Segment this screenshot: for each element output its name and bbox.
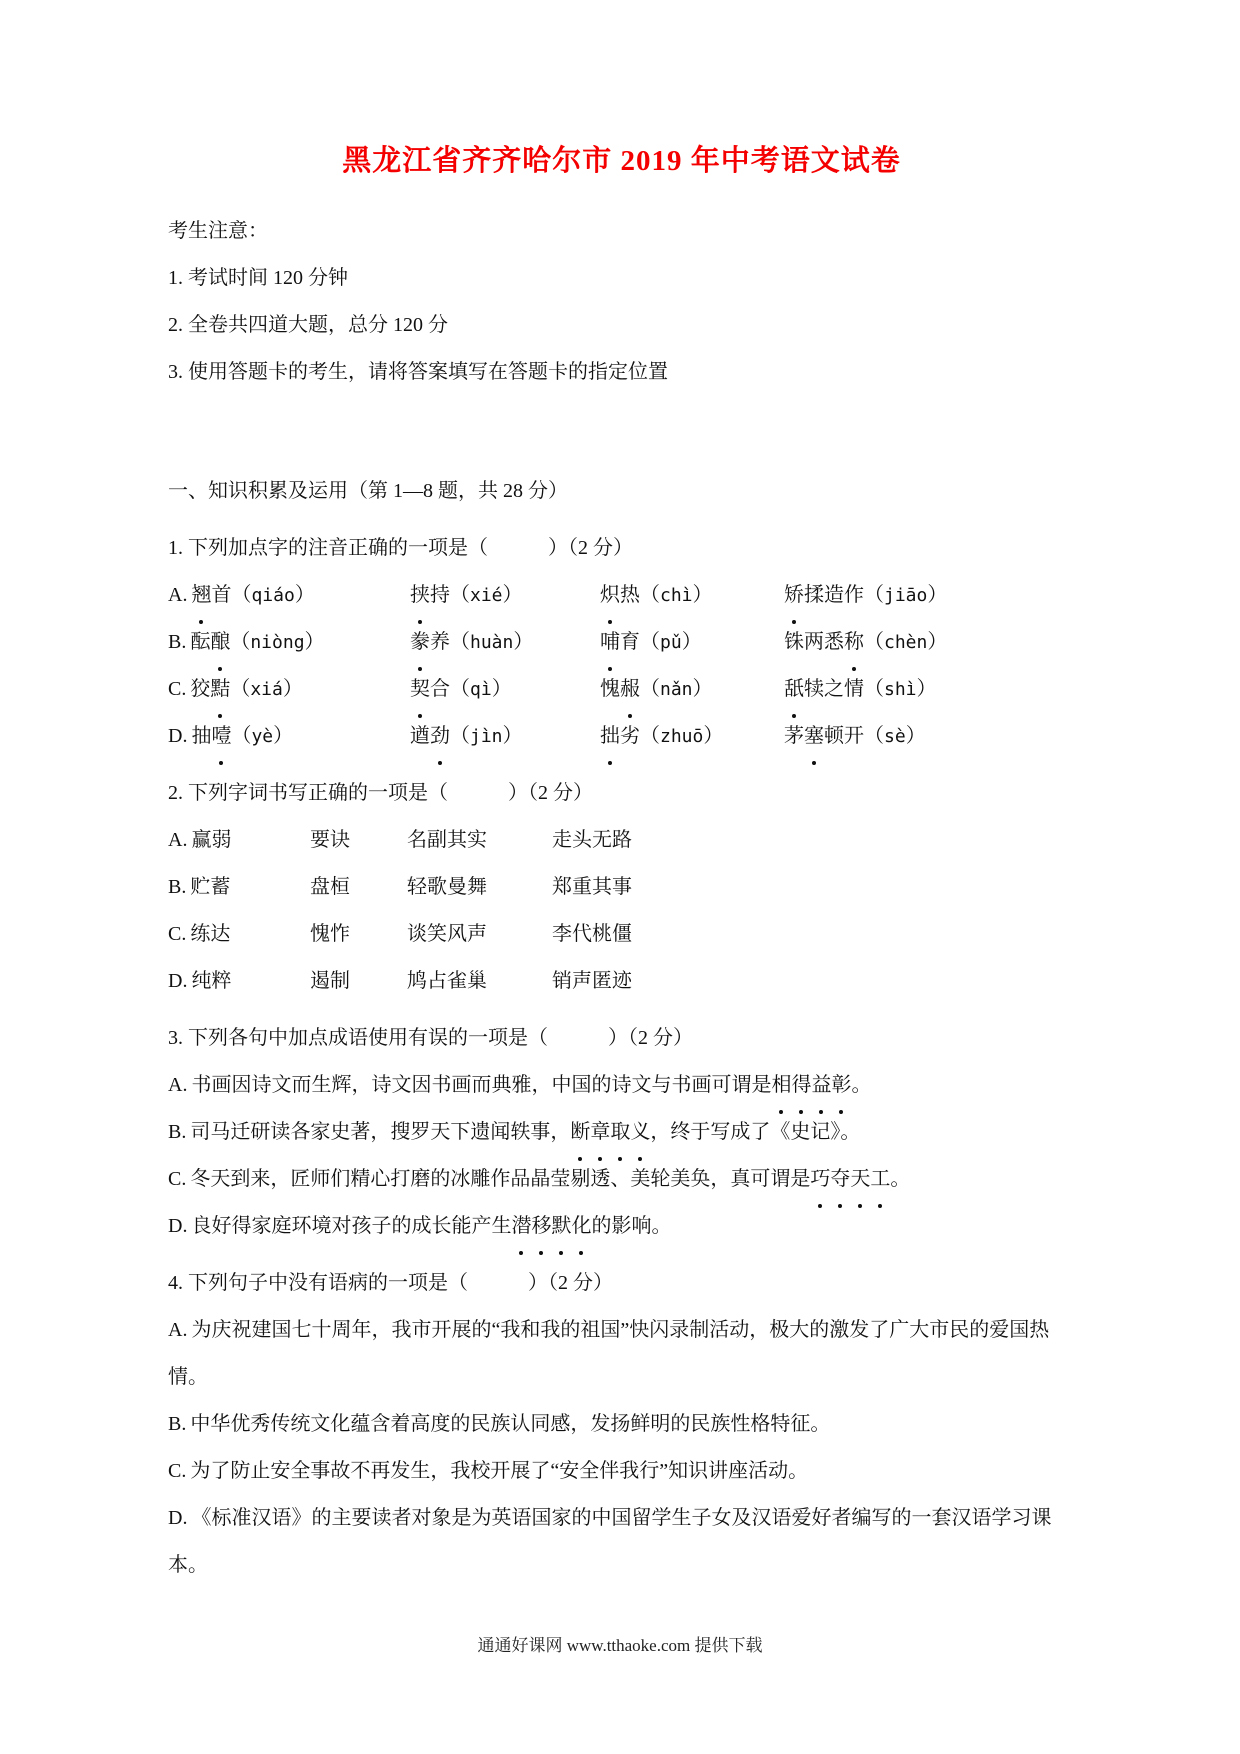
question-stem: 4. 下列句子中没有语病的一项是（ ）（2 分） (168, 1260, 1075, 1307)
text-segment: 育（ (620, 631, 660, 653)
section-gap (168, 396, 1075, 468)
text-segment: ） (503, 725, 523, 747)
option-cell: 舐犊之情（shì） (784, 666, 1075, 713)
dotted-char: 噎 (211, 713, 231, 760)
dotted-char: 夺 (830, 1156, 850, 1203)
exam-page: 黑龙江省齐齐哈尔市 2019 年中考语文试卷 考生注意： 1. 考试时间 120… (0, 0, 1240, 1754)
text-segment: ） (693, 678, 713, 700)
option-label: D. (168, 725, 187, 747)
option-cell: A.赢弱 (168, 817, 310, 864)
dotted-char: 益 (811, 1062, 831, 1109)
text-segment: 遏制 (310, 970, 350, 992)
pinyin-text: xié (470, 585, 503, 606)
text-segment: 茅 (784, 725, 804, 747)
dotted-char: 得 (791, 1062, 811, 1109)
text-segment: 李代桃僵 (552, 923, 632, 945)
option-row: B.贮蓄盘桓轻歌曼舞郑重其事 (168, 864, 1075, 911)
option-label: C. (168, 1168, 186, 1190)
text-segment: 谈笑风声 (407, 923, 487, 945)
question-block: 3. 下列各句中加点成语使用有误的一项是（ ）（2 分）A.书画因诗文而生辉，诗… (168, 1015, 1075, 1250)
dotted-char: 炽 (600, 572, 620, 619)
question-stem: 2. 下列字词书写正确的一项是（ ）（2 分） (168, 770, 1075, 817)
option-label: A. (168, 829, 187, 851)
text-segment: 首（ (211, 584, 251, 606)
text-segment: 郑重其事 (552, 876, 632, 898)
option-row: B.中华优秀传统文化蕴含着高度的民族认同感，发扬鲜明的民族性格特征。 (168, 1401, 1075, 1448)
option-cell: 拙劣（zhuō） (600, 713, 784, 760)
page-title: 黑龙江省齐齐哈尔市 2019 年中考语文试卷 (168, 140, 1075, 182)
dotted-char: 舐 (784, 666, 804, 713)
option-cell: 郑重其事 (552, 864, 1075, 911)
option-label: A. (168, 1319, 187, 1341)
option-cell: 李代桃僵 (552, 911, 1075, 958)
notice-item: 1. 考试时间 120 分钟 (168, 255, 1075, 302)
option-row: A.书画因诗文而生辉，诗文因书画而典雅，中国的诗文与书画可谓是相得益彰。 (168, 1062, 1075, 1109)
option-cell: 走头无路 (552, 817, 1075, 864)
dotted-char: 酿 (210, 619, 230, 666)
option-cell: A.翘首（qiáo） (168, 572, 410, 619)
pinyin-text: qì (470, 679, 492, 700)
pinyin-text: zhuō (660, 726, 703, 747)
question-stem: 1. 下列加点字的注音正确的一项是（ ）（2 分） (168, 525, 1075, 572)
text-segment: 合（ (430, 678, 470, 700)
pinyin-text: jiāo (884, 585, 927, 606)
option-row: A.翘首（qiáo）挟持（xié）炽热（chì）矫揉造作（jiāo） (168, 572, 1075, 619)
option-cell: D.纯粹 (168, 958, 310, 1005)
dotted-char: 挟 (410, 572, 430, 619)
text-segment: 愧 (600, 678, 620, 700)
pinyin-text: niòng (250, 632, 304, 653)
text-segment: ） (917, 678, 937, 700)
notice-item: 2. 全卷共四道大题，总分 120 分 (168, 302, 1075, 349)
option-cell: 遏制 (310, 958, 407, 1005)
option-cell: 挟持（xié） (410, 572, 600, 619)
dotted-char: 义 (630, 1109, 650, 1156)
option-label: D. (168, 1507, 187, 1529)
page-footer: 通通好课网 www.tthaoke.com 提供下载 (0, 1634, 1240, 1658)
text-segment: 纯粹 (191, 970, 231, 992)
text-segment: （ (640, 678, 660, 700)
dotted-char: 工 (870, 1156, 890, 1203)
question-block: 2. 下列字词书写正确的一项是（ ）（2 分）A.赢弱要诀名副其实走头无路B.贮… (168, 770, 1075, 1005)
dotted-char: 赧 (620, 666, 640, 713)
dotted-char: 巧 (810, 1156, 830, 1203)
option-row: C.狡黠（xiá）契合（qì）愧赧（nǎn）舐犊之情（shì） (168, 666, 1075, 713)
text-segment: ） (273, 725, 293, 747)
text-segment: 《标准汉语》的主要读者对象是为英语国家的中国留学生子女及汉语爱好者编写的一套汉语… (168, 1507, 1051, 1576)
text-segment: 为庆祝建国七十周年，我市开展的“我和我的祖国”快闪录制活动，极大的激发了广大市民… (168, 1319, 1049, 1388)
option-cell: 铢两悉称（chèn） (784, 619, 1075, 666)
dotted-char: 取 (610, 1109, 630, 1156)
dotted-char: 移 (531, 1203, 551, 1250)
option-label: B. (168, 1121, 186, 1143)
text-segment: 的影响。 (591, 1215, 671, 1237)
pinyin-text: xiá (250, 679, 283, 700)
text-segment: 冬天到来，匠师们精心打磨的冰雕作品晶莹剔透、美轮美奂，真可谓是 (190, 1168, 810, 1190)
notice-list: 1. 考试时间 120 分钟2. 全卷共四道大题，总分 120 分3. 使用答题… (168, 255, 1075, 396)
text-segment: （ (450, 725, 470, 747)
option-row: D.纯粹遏制鸠占雀巢销声匿迹 (168, 958, 1075, 1005)
dotted-char: 黠 (210, 666, 230, 713)
option-row: C.冬天到来，匠师们精心打磨的冰雕作品晶莹剔透、美轮美奂，真可谓是巧夺天工。 (168, 1156, 1075, 1203)
option-label: A. (168, 1074, 187, 1096)
option-label: B. (168, 1413, 186, 1435)
questions: 1. 下列加点字的注音正确的一项是（ ）（2 分）A.翘首（qiáo）挟持（xi… (168, 525, 1075, 1589)
text-segment: 书画因诗文而生辉，诗文因书画而典雅，中国的诗文与书画可谓是 (191, 1074, 771, 1096)
dotted-char: 默 (551, 1203, 571, 1250)
option-cell: 愧怍 (310, 911, 407, 958)
option-label: A. (168, 584, 187, 606)
option-cell: 豢养（huàn） (410, 619, 600, 666)
text-segment: 轻歌曼舞 (407, 876, 487, 898)
text-segment: ） (283, 678, 303, 700)
option-cell: C.狡黠（xiá） (168, 666, 410, 713)
option-cell: 谈笑风声 (407, 911, 552, 958)
dotted-char: 天 (850, 1156, 870, 1203)
text-segment: ） (682, 631, 702, 653)
option-cell: 契合（qì） (410, 666, 600, 713)
text-segment: 酝 (190, 631, 210, 653)
question-block: 1. 下列加点字的注音正确的一项是（ ）（2 分）A.翘首（qiáo）挟持（xi… (168, 525, 1075, 760)
option-cell: C.练达 (168, 911, 310, 958)
option-row: B.酝酿（niòng）豢养（huàn）哺育（pǔ）铢两悉称（chèn） (168, 619, 1075, 666)
text-segment: 良好得家庭环境对孩子的成长能产生 (191, 1215, 511, 1237)
dotted-char: 拙 (600, 713, 620, 760)
pinyin-text: qiáo (251, 585, 294, 606)
text-segment: 顿开（ (824, 725, 884, 747)
option-cell: 名副其实 (407, 817, 552, 864)
text-segment: 狡 (190, 678, 210, 700)
text-segment: ） (703, 725, 723, 747)
notice-item: 3. 使用答题卡的考生，请将答案填写在答题卡的指定位置 (168, 349, 1075, 396)
pinyin-text: pǔ (660, 632, 682, 653)
text-segment: ） (305, 631, 325, 653)
dotted-char: 断 (570, 1109, 590, 1156)
text-segment: 。 (890, 1168, 910, 1190)
option-label: C. (168, 923, 186, 945)
option-label: D. (168, 970, 187, 992)
option-row: D.良好得家庭环境对孩子的成长能产生潜移默化的影响。 (168, 1203, 1075, 1250)
question-stem: 3. 下列各句中加点成语使用有误的一项是（ ）（2 分） (168, 1015, 1075, 1062)
option-row: A.赢弱要诀名副其实走头无路 (168, 817, 1075, 864)
dotted-char: 彰 (831, 1062, 851, 1109)
text-segment: 劣（ (620, 725, 660, 747)
notice-heading: 考生注意： (168, 208, 1075, 255)
option-row: A.为庆祝建国七十周年，我市开展的“我和我的祖国”快闪录制活动，极大的激发了广大… (168, 1307, 1075, 1401)
text-segment: 。 (851, 1074, 871, 1096)
text-segment: 养（ (430, 631, 470, 653)
text-segment: 贮蓄 (190, 876, 230, 898)
text-segment: 要诀 (310, 829, 350, 851)
option-cell: 茅塞顿开（sè） (784, 713, 1075, 760)
dotted-char: 章 (590, 1109, 610, 1156)
option-label: C. (168, 678, 186, 700)
text-segment: ） (492, 678, 512, 700)
option-cell: 鸠占雀巢 (407, 958, 552, 1005)
text-segment: 揉造作（ (804, 584, 884, 606)
dotted-char: 哺 (600, 619, 620, 666)
dotted-char: 塞 (804, 713, 824, 760)
question-block: 4. 下列句子中没有语病的一项是（ ）（2 分）A.为庆祝建国七十周年，我市开展… (168, 1260, 1075, 1589)
option-cell: B.贮蓄 (168, 864, 310, 911)
text-segment: 走头无路 (552, 829, 632, 851)
dotted-char: 称 (844, 619, 864, 666)
pinyin-text: chì (660, 585, 693, 606)
option-cell: 遒劲（jìn） (410, 713, 600, 760)
pinyin-text: chèn (884, 632, 927, 653)
option-row: C.为了防止安全事故不再发生，我校开展了“安全伴我行”知识讲座活动。 (168, 1448, 1075, 1495)
text-segment: ） (513, 631, 533, 653)
text-segment: （ (230, 678, 250, 700)
text-segment: 抽 (191, 725, 211, 747)
pinyin-text: jìn (470, 726, 503, 747)
pinyin-text: huàn (470, 632, 513, 653)
text-segment: 练达 (190, 923, 230, 945)
option-label: B. (168, 876, 186, 898)
option-cell: 愧赧（nǎn） (600, 666, 784, 713)
text-segment: （ (864, 631, 884, 653)
section-heading: 一、知识积累及运用（第 1—8 题，共 28 分） (168, 468, 1075, 515)
dotted-char: 化 (571, 1203, 591, 1250)
pinyin-text: yè (251, 726, 273, 747)
text-segment: 销声匿迹 (552, 970, 632, 992)
text-segment: （ (230, 631, 250, 653)
option-row: D.抽噎（yè）遒劲（jìn）拙劣（zhuō）茅塞顿开（sè） (168, 713, 1075, 760)
option-label: D. (168, 1215, 187, 1237)
option-cell: 要诀 (310, 817, 407, 864)
text-segment: ） (295, 584, 315, 606)
text-segment: 犊之情（ (804, 678, 884, 700)
text-segment: 遒 (410, 725, 430, 747)
text-segment: 中华优秀传统文化蕴含着高度的民族认同感，发扬鲜明的民族性格特征。 (190, 1413, 830, 1435)
option-cell: 矫揉造作（jiāo） (784, 572, 1075, 619)
dotted-char: 契 (410, 666, 430, 713)
text-segment: 鸠占雀巢 (407, 970, 487, 992)
option-cell: 盘桓 (310, 864, 407, 911)
pinyin-text: sè (884, 726, 906, 747)
text-segment: 名副其实 (407, 829, 487, 851)
option-row: B.司马迁研读各家史著，搜罗天下遗闻轶事，断章取义，终于写成了《史记》。 (168, 1109, 1075, 1156)
text-segment: 愧怍 (310, 923, 350, 945)
pinyin-text: shì (884, 679, 917, 700)
text-segment: 热（ (620, 584, 660, 606)
option-cell: 轻歌曼舞 (407, 864, 552, 911)
text-segment: 赢弱 (191, 829, 231, 851)
option-cell: 炽热（chì） (600, 572, 784, 619)
text-segment: ） (503, 584, 523, 606)
option-row: D.《标准汉语》的主要读者对象是为英语国家的中国留学生子女及汉语爱好者编写的一套… (168, 1495, 1075, 1589)
text-segment: 为了防止安全事故不再发生，我校开展了“安全伴我行”知识讲座活动。 (190, 1460, 808, 1482)
text-segment: ） (927, 631, 947, 653)
pinyin-text: nǎn (660, 679, 693, 700)
option-row: C.练达愧怍谈笑风声李代桃僵 (168, 911, 1075, 958)
option-label: B. (168, 631, 186, 653)
text-segment: ） (927, 584, 947, 606)
text-segment: ，终于写成了《史记》。 (650, 1121, 860, 1143)
dotted-char: 翘 (191, 572, 211, 619)
option-cell: 哺育（pǔ） (600, 619, 784, 666)
text-segment: 持（ (430, 584, 470, 606)
text-segment: 司马迁研读各家史著，搜罗天下遗闻轶事， (190, 1121, 570, 1143)
dotted-char: 潜 (511, 1203, 531, 1250)
option-cell: 销声匿迹 (552, 958, 1075, 1005)
dotted-char: 相 (771, 1062, 791, 1109)
option-cell: D.抽噎（yè） (168, 713, 410, 760)
option-label: C. (168, 1460, 186, 1482)
text-segment: （ (231, 725, 251, 747)
text-segment: ） (906, 725, 926, 747)
dotted-char: 矫 (784, 572, 804, 619)
text-segment: 铢两悉 (784, 631, 844, 653)
dotted-char: 豢 (410, 619, 430, 666)
dotted-char: 劲 (430, 713, 450, 760)
option-cell: B.酝酿（niòng） (168, 619, 410, 666)
text-segment: ） (693, 584, 713, 606)
text-segment: 盘桓 (310, 876, 350, 898)
